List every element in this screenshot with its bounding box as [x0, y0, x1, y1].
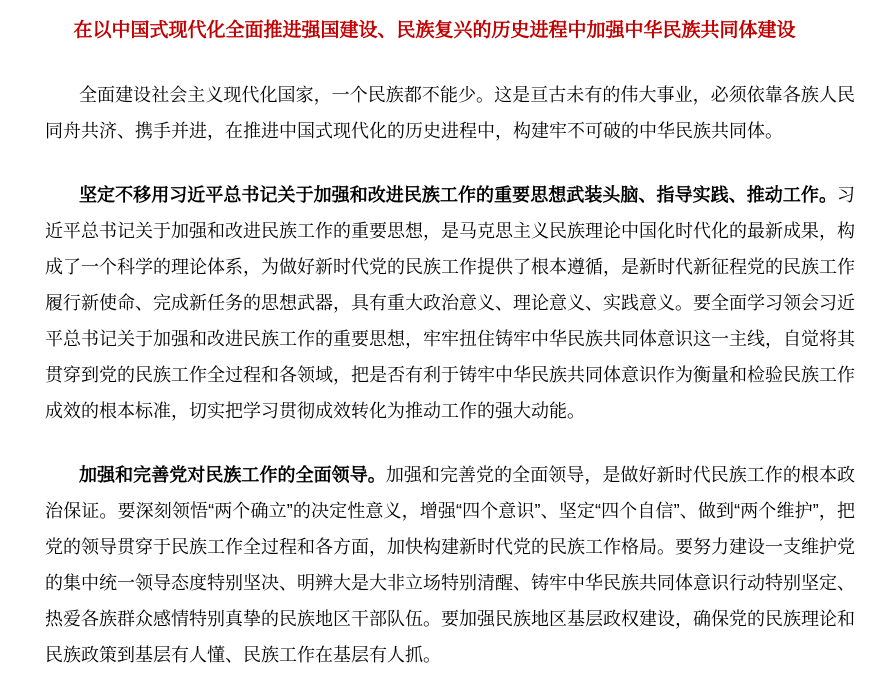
paragraph-3-lead: 加强和完善党对民族工作的全面领导。 — [79, 465, 386, 485]
paragraph-2-lead: 坚定不移用习近平总书记关于加强和改进民族工作的重要思想武装头脑、指导实践、推动工… — [79, 185, 837, 205]
paragraph-1-text: 全面建设社会主义现代化国家，一个民族都不能少。这是亘古未有的伟大事业，必须依靠各… — [45, 85, 855, 141]
article-body: 全面建设社会主义现代化国家，一个民族都不能少。这是亘古未有的伟大事业，必须依靠各… — [45, 77, 855, 673]
paragraph-3-text: 加强和完善党的全面领导，是做好新时代民族工作的根本政治保证。要深刻领悟“两个确立… — [45, 465, 855, 665]
paragraph-2: 坚定不移用习近平总书记关于加强和改进民族工作的重要思想武装头脑、指导实践、推动工… — [45, 177, 855, 429]
paragraph-1: 全面建设社会主义现代化国家，一个民族都不能少。这是亘古未有的伟大事业，必须依靠各… — [45, 77, 855, 149]
article-title: 在以中国式现代化全面推进强国建设、民族复兴的历史进程中加强中华民族共同体建设 — [20, 13, 849, 49]
paragraph-3: 加强和完善党对民族工作的全面领导。加强和完善党的全面领导，是做好新时代民族工作的… — [45, 457, 855, 673]
paragraph-2-text: 习近平总书记关于加强和改进民族工作的重要思想，是马克思主义民族理论中国化时代化的… — [45, 185, 855, 421]
